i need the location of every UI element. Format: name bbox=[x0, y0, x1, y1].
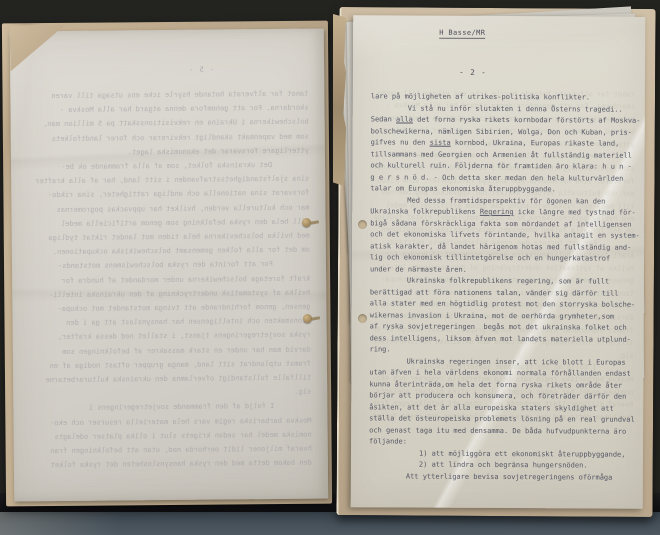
typed-line: och kulturell ruin. Följderna för framti… bbox=[370, 160, 636, 173]
left-bleed-text: tanot far alfverata hotande hsyrle icke … bbox=[26, 87, 312, 473]
page-number: - 2 - bbox=[443, 68, 503, 77]
typed-line: gifves nu den sista kornbod, Ukraina, Eu… bbox=[371, 137, 637, 150]
brass-fastener-top bbox=[302, 218, 311, 227]
typed-line: af ryska sovjetregeringen begås mot det … bbox=[370, 321, 636, 334]
left-page: - 5 - tanot far alfverata hotande hsyrle… bbox=[10, 29, 328, 502]
typed-line: utan äfven i hela världens ekonomi norma… bbox=[369, 367, 635, 380]
typed-line: börjar att producera och konsumera, och … bbox=[369, 390, 635, 403]
binding-tape-strip bbox=[333, 14, 346, 186]
punch-hole-top bbox=[358, 220, 367, 229]
typed-line: Ukrainska folkrepublikens regering, som … bbox=[370, 275, 636, 288]
typed-line: lig och ekonomisk tillintetgörelse och e… bbox=[370, 252, 636, 265]
typed-line: alla stater med en högtidlig protest mot… bbox=[370, 298, 636, 311]
typed-text-block: lare på möjligheten af utrikes-politiska… bbox=[369, 91, 637, 483]
typed-line: och det ekonomiska lifvets förintande, h… bbox=[370, 229, 636, 242]
typed-line: lare på möjligheten af utrikes-politiska… bbox=[371, 91, 637, 104]
brass-fastener-bottom bbox=[303, 314, 312, 323]
left-bleed-page-number: - 5 - bbox=[188, 66, 214, 74]
bleed-line: den bakom detta med den ryska hansynslos… bbox=[30, 456, 312, 473]
bleed-line: tillfalle fullstandigt ofverlamna den uk… bbox=[29, 371, 311, 388]
typed-line: ställa det östeuropeiska problemets lösn… bbox=[369, 413, 635, 426]
right-page: tanot far alfverata hotande hsyrle icke … bbox=[351, 15, 646, 509]
typed-line: talar om Europas ekonomiska återuppbygga… bbox=[370, 183, 636, 196]
punch-hole-bottom bbox=[358, 314, 367, 323]
typed-line: dess intelligens, liksom äfven mot lande… bbox=[370, 333, 636, 346]
typed-line: Ukrainska folkrepublikens Regering icke … bbox=[370, 206, 636, 219]
typed-line: och genast taga itu med densamma. De båd… bbox=[369, 425, 635, 438]
typed-line: Sedan alla det forna ryska rikets kornbo… bbox=[371, 114, 637, 127]
archival-photo: - 5 - tanot far alfverata hotande hsyrle… bbox=[0, 0, 660, 535]
page-header: H Basse/MR bbox=[439, 29, 485, 39]
typed-line: Att ytterligare bevisa sovjetregeringens… bbox=[369, 471, 635, 484]
